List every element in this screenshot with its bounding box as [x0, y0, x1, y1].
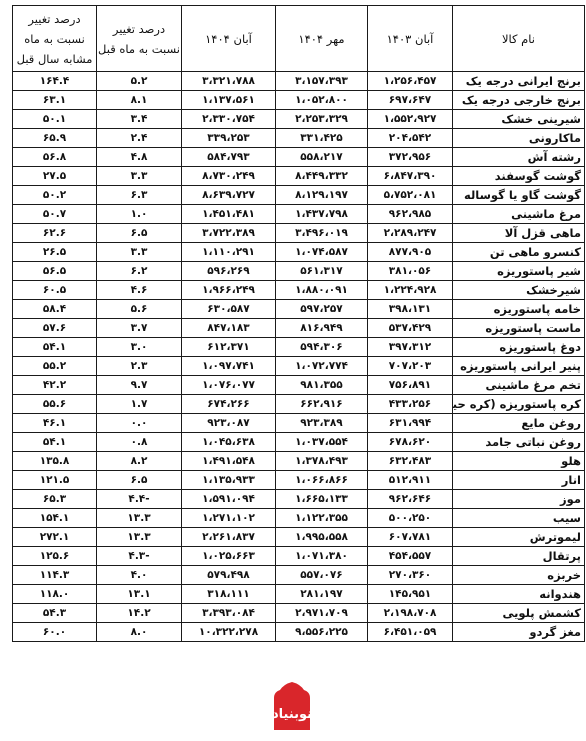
change-prev-month-cell: ۲.۴	[97, 129, 182, 148]
item-name-cell: شیرینی خشک	[453, 110, 585, 129]
price-mehr-1404-cell: ۱،۰۵۲،۸۰۰	[276, 91, 368, 110]
item-name-cell: کشمش پلویی	[453, 604, 585, 623]
price-aban-1403-cell: ۷۵۶،۸۹۱	[368, 376, 453, 395]
price-mehr-1404-cell: ۱،۱۲۲،۳۵۵	[276, 509, 368, 528]
price-aban-1404-cell: ۹۲۳،۰۸۷	[182, 414, 276, 433]
table-row: هندوانه۱۴۵،۹۵۱۲۸۱،۱۹۷۳۱۸،۱۱۱۱۳.۱۱۱۸.۰	[13, 585, 585, 604]
table-row: سیب۵۰۰،۲۵۰۱،۱۲۲،۳۵۵۱،۲۷۱،۱۰۲۱۳.۳۱۵۴.۱	[13, 509, 585, 528]
price-aban-1403-cell: ۱،۵۵۲،۹۲۷	[368, 110, 453, 129]
table-row: انار۵۱۲،۹۱۱۱،۰۶۶،۸۶۶۱،۱۳۵،۹۳۳۶.۵۱۲۱.۵	[13, 471, 585, 490]
change-prev-year-cell: ۲۶.۵	[13, 243, 97, 262]
price-mehr-1404-cell: ۱،۰۷۲،۷۷۴	[276, 357, 368, 376]
table-body: برنج ایرانی درجه یک۱،۲۵۶،۴۵۷۳،۱۵۷،۳۹۳۳،۳…	[13, 72, 585, 642]
price-mehr-1404-cell: ۹۸۱،۳۵۵	[276, 376, 368, 395]
price-aban-1404-cell: ۸،۷۳۰،۲۴۹	[182, 167, 276, 186]
change-prev-month-cell: ۱۳.۳	[97, 509, 182, 528]
change-prev-year-cell: ۴۲.۲	[13, 376, 97, 395]
price-aban-1404-cell: ۳،۷۲۲،۳۸۹	[182, 224, 276, 243]
price-mehr-1404-cell: ۶۶۲،۹۱۶	[276, 395, 368, 414]
price-aban-1403-cell: ۱۴۵،۹۵۱	[368, 585, 453, 604]
change-prev-year-cell: ۵۴.۱	[13, 433, 97, 452]
change-prev-month-cell: ۵.۶	[97, 300, 182, 319]
price-aban-1404-cell: ۶۱۲،۳۷۱	[182, 338, 276, 357]
table-row: شیر پاستوریزه۳۸۱،۰۵۶۵۶۱،۳۱۷۵۹۶،۲۶۹۶.۲۵۶.…	[13, 262, 585, 281]
change-prev-month-cell: ۸.۰	[97, 623, 182, 642]
table-row: شیرخشک۱،۲۲۴،۹۲۸۱،۸۸۰،۰۹۱۱،۹۶۶،۲۴۹۴.۶۶۰.۵	[13, 281, 585, 300]
price-aban-1404-cell: ۱،۴۵۱،۴۸۱	[182, 205, 276, 224]
price-mehr-1404-cell: ۵۵۷،۰۷۶	[276, 566, 368, 585]
table-row: ماکارونی۲۰۴،۵۴۲۳۳۱،۴۲۵۳۳۹،۲۵۳۲.۴۶۵.۹	[13, 129, 585, 148]
price-aban-1403-cell: ۶،۸۴۷،۳۹۰	[368, 167, 453, 186]
change-prev-month-cell: ۴.۰	[97, 566, 182, 585]
price-aban-1404-cell: ۳،۳۹۳،۰۸۴	[182, 604, 276, 623]
change-prev-month-cell: -۴.۳	[97, 547, 182, 566]
price-aban-1403-cell: ۱،۲۵۶،۴۵۷	[368, 72, 453, 91]
table-header-row: نام کالا آبان ۱۴۰۳ مهر ۱۴۰۴ آبان ۱۴۰۴ در…	[13, 6, 585, 72]
price-mehr-1404-cell: ۱،۰۷۱،۳۸۰	[276, 547, 368, 566]
change-prev-year-cell: ۵۷.۶	[13, 319, 97, 338]
item-name-cell: پرتقال	[453, 547, 585, 566]
price-aban-1403-cell: ۳۸۱،۰۵۶	[368, 262, 453, 281]
price-mehr-1404-cell: ۱،۸۸۰،۰۹۱	[276, 281, 368, 300]
price-aban-1403-cell: ۲،۱۹۸،۷۰۸	[368, 604, 453, 623]
price-mehr-1404-cell: ۱،۳۷۸،۴۹۳	[276, 452, 368, 471]
price-mehr-1404-cell: ۵۹۷،۲۵۷	[276, 300, 368, 319]
item-name-cell: هلو	[453, 452, 585, 471]
price-mehr-1404-cell: ۱،۶۶۵،۱۳۳	[276, 490, 368, 509]
price-aban-1404-cell: ۱،۲۷۱،۱۰۲	[182, 509, 276, 528]
table-row: موز۹۶۲،۶۴۶۱،۶۶۵،۱۳۳۱،۵۹۱،۰۹۴-۴.۴۶۵.۳	[13, 490, 585, 509]
header-mehr-1404: مهر ۱۴۰۴	[276, 6, 368, 72]
change-prev-month-cell: ۱.۷	[97, 395, 182, 414]
price-mehr-1404-cell: ۲،۹۷۱،۷۰۹	[276, 604, 368, 623]
item-name-cell: موز	[453, 490, 585, 509]
price-aban-1404-cell: ۲،۲۶۱،۸۳۷	[182, 528, 276, 547]
change-prev-month-cell: ۶.۲	[97, 262, 182, 281]
price-aban-1404-cell: ۱،۴۹۱،۵۴۸	[182, 452, 276, 471]
change-prev-year-cell: ۵۸.۴	[13, 300, 97, 319]
change-prev-year-cell: ۱۲۱.۵	[13, 471, 97, 490]
change-prev-month-cell: ۳.۳	[97, 243, 182, 262]
nobonyad-logo: نوبنیاد	[270, 680, 314, 732]
change-prev-month-cell: ۴.۸	[97, 148, 182, 167]
item-name-cell: لیموترش	[453, 528, 585, 547]
table-row: برنج ایرانی درجه یک۱،۲۵۶،۴۵۷۳،۱۵۷،۳۹۳۳،۳…	[13, 72, 585, 91]
change-prev-month-cell: ۸.۱	[97, 91, 182, 110]
item-name-cell: روغن مایع	[453, 414, 585, 433]
price-aban-1404-cell: ۱،۱۳۵،۹۳۳	[182, 471, 276, 490]
price-aban-1403-cell: ۶۳۲،۴۸۳	[368, 452, 453, 471]
price-aban-1404-cell: ۲،۳۳۰،۷۵۴	[182, 110, 276, 129]
price-aban-1403-cell: ۲۰۴،۵۴۲	[368, 129, 453, 148]
price-aban-1404-cell: ۱،۹۶۶،۲۴۹	[182, 281, 276, 300]
price-aban-1403-cell: ۹۶۲،۹۸۵	[368, 205, 453, 224]
change-prev-month-cell: ۵.۲	[97, 72, 182, 91]
item-name-cell: خامه پاستوریزه	[453, 300, 585, 319]
price-aban-1403-cell: ۴۵۴،۵۵۷	[368, 547, 453, 566]
table-row: پرتقال۴۵۴،۵۵۷۱،۰۷۱،۳۸۰۱،۰۲۵،۶۶۳-۴.۳۱۲۵.۶	[13, 547, 585, 566]
change-prev-year-cell: ۶۰.۵	[13, 281, 97, 300]
price-aban-1403-cell: ۳۹۸،۱۳۱	[368, 300, 453, 319]
price-mehr-1404-cell: ۳۳۱،۴۲۵	[276, 129, 368, 148]
change-prev-year-cell: ۱۵۴.۱	[13, 509, 97, 528]
price-aban-1403-cell: ۶۹۷،۶۴۷	[368, 91, 453, 110]
price-aban-1404-cell: ۸،۶۳۹،۷۲۷	[182, 186, 276, 205]
change-prev-year-cell: ۶۵.۳	[13, 490, 97, 509]
price-aban-1403-cell: ۶۷۸،۶۲۰	[368, 433, 453, 452]
price-aban-1404-cell: ۱،۰۴۵،۶۳۸	[182, 433, 276, 452]
price-aban-1404-cell: ۵۸۴،۷۹۳	[182, 148, 276, 167]
table-row: کره پاستوریزه (کره حیوانی)۴۳۳،۲۵۶۶۶۲،۹۱۶…	[13, 395, 585, 414]
item-name-cell: مرغ ماشینی	[453, 205, 585, 224]
price-aban-1404-cell: ۶۳۰،۵۸۷	[182, 300, 276, 319]
table-row: ماهی قزل آلا۲،۲۸۹،۲۴۷۳،۴۹۶،۰۱۹۳،۷۲۲،۳۸۹۶…	[13, 224, 585, 243]
table-row: گوشت گوسفند۶،۸۴۷،۳۹۰۸،۴۴۹،۳۳۲۸،۷۳۰،۲۴۹۳.…	[13, 167, 585, 186]
logo-icon: نوبنیاد	[270, 680, 314, 732]
change-prev-year-cell: ۱۳۵.۸	[13, 452, 97, 471]
table-row: کنسرو ماهی تن۸۷۷،۹۰۵۱،۰۷۴،۵۸۷۱،۱۱۰،۲۹۱۳.…	[13, 243, 585, 262]
price-mehr-1404-cell: ۲،۲۵۳،۳۲۹	[276, 110, 368, 129]
change-prev-month-cell: ۴.۶	[97, 281, 182, 300]
price-aban-1404-cell: ۳۱۸،۱۱۱	[182, 585, 276, 604]
change-prev-month-cell: ۰.۰	[97, 414, 182, 433]
price-aban-1404-cell: ۳،۳۲۱،۷۸۸	[182, 72, 276, 91]
table-row: خامه پاستوریزه۳۹۸،۱۳۱۵۹۷،۲۵۷۶۳۰،۵۸۷۵.۶۵۸…	[13, 300, 585, 319]
item-name-cell: گوشت گوسفند	[453, 167, 585, 186]
item-name-cell: کره پاستوریزه (کره حیوانی)	[453, 395, 585, 414]
svg-text:نوبنیاد: نوبنیاد	[272, 707, 312, 722]
change-prev-year-cell: ۵۰.۱	[13, 110, 97, 129]
change-prev-month-cell: ۱۳.۱	[97, 585, 182, 604]
change-prev-month-cell: ۳.۴	[97, 110, 182, 129]
price-aban-1403-cell: ۵۱۲،۹۱۱	[368, 471, 453, 490]
price-mehr-1404-cell: ۲۸۱،۱۹۷	[276, 585, 368, 604]
price-mehr-1404-cell: ۳،۴۹۶،۰۱۹	[276, 224, 368, 243]
change-prev-month-cell: ۰.۸	[97, 433, 182, 452]
price-mehr-1404-cell: ۸۱۶،۹۴۹	[276, 319, 368, 338]
table-row: ماست پاستوریزه۵۳۷،۴۲۹۸۱۶،۹۴۹۸۴۷،۱۸۳۳.۷۵۷…	[13, 319, 585, 338]
change-prev-month-cell: ۶.۳	[97, 186, 182, 205]
item-name-cell: برنج خارجی درجه یک	[453, 91, 585, 110]
table-row: کشمش پلویی۲،۱۹۸،۷۰۸۲،۹۷۱،۷۰۹۳،۳۹۳،۰۸۴۱۴.…	[13, 604, 585, 623]
change-prev-month-cell: ۳.۳	[97, 167, 182, 186]
item-name-cell: دوغ پاستوریزه	[453, 338, 585, 357]
price-aban-1403-cell: ۶۳۱،۹۹۴	[368, 414, 453, 433]
table-row: رشته آش۳۷۲،۹۵۶۵۵۸،۲۱۷۵۸۴،۷۹۳۴.۸۵۶.۸	[13, 148, 585, 167]
price-aban-1404-cell: ۱۰،۳۲۲،۲۷۸	[182, 623, 276, 642]
header-change-prev-year: درصد تغییر نسبت به ماه مشابه سال قبل	[13, 6, 97, 72]
price-mehr-1404-cell: ۸،۱۲۹،۱۹۷	[276, 186, 368, 205]
price-aban-1403-cell: ۵۰۰،۲۵۰	[368, 509, 453, 528]
table-row: برنج خارجی درجه یک۶۹۷،۶۴۷۱،۰۵۲،۸۰۰۱،۱۳۷،…	[13, 91, 585, 110]
item-name-cell: خربزه	[453, 566, 585, 585]
change-prev-year-cell: ۵۵.۲	[13, 357, 97, 376]
price-aban-1403-cell: ۹۶۲،۶۴۶	[368, 490, 453, 509]
change-prev-year-cell: ۲۷۲.۱	[13, 528, 97, 547]
table-row: خربزه۲۷۰،۳۶۰۵۵۷،۰۷۶۵۷۹،۴۹۸۴.۰۱۱۴.۳	[13, 566, 585, 585]
item-name-cell: سیب	[453, 509, 585, 528]
item-name-cell: مغز گردو	[453, 623, 585, 642]
change-prev-year-cell: ۴۶.۱	[13, 414, 97, 433]
change-prev-year-cell: ۵۶.۸	[13, 148, 97, 167]
price-table-container: نام کالا آبان ۱۴۰۳ مهر ۱۴۰۴ آبان ۱۴۰۴ در…	[12, 5, 578, 642]
change-prev-month-cell: ۱.۰	[97, 205, 182, 224]
price-aban-1403-cell: ۶،۴۵۱،۰۵۹	[368, 623, 453, 642]
price-mehr-1404-cell: ۹،۵۵۶،۲۲۵	[276, 623, 368, 642]
price-aban-1403-cell: ۲۷۰،۳۶۰	[368, 566, 453, 585]
table-row: روغن مایع۶۳۱،۹۹۴۹۲۳،۳۸۹۹۲۳،۰۸۷۰.۰۴۶.۱	[13, 414, 585, 433]
table-row: مغز گردو۶،۴۵۱،۰۵۹۹،۵۵۶،۲۲۵۱۰،۳۲۲،۲۷۸۸.۰۶…	[13, 623, 585, 642]
price-mehr-1404-cell: ۳،۱۵۷،۳۹۳	[276, 72, 368, 91]
price-aban-1403-cell: ۸۷۷،۹۰۵	[368, 243, 453, 262]
change-prev-month-cell: ۳.۷	[97, 319, 182, 338]
price-aban-1403-cell: ۳۷۲،۹۵۶	[368, 148, 453, 167]
change-prev-year-cell: ۵۶.۵	[13, 262, 97, 281]
header-change-prev-month: درصد تغییر نسبت به ماه قبل	[97, 6, 182, 72]
header-aban-1403: آبان ۱۴۰۳	[368, 6, 453, 72]
price-mehr-1404-cell: ۹۲۳،۳۸۹	[276, 414, 368, 433]
price-aban-1404-cell: ۶۷۴،۲۶۶	[182, 395, 276, 414]
item-name-cell: تخم مرغ ماشینی	[453, 376, 585, 395]
change-prev-month-cell: ۱۴.۲	[97, 604, 182, 623]
change-prev-month-cell: ۲.۳	[97, 357, 182, 376]
change-prev-month-cell: ۱۳.۳	[97, 528, 182, 547]
change-prev-year-cell: ۱۶۴.۴	[13, 72, 97, 91]
price-mehr-1404-cell: ۵۹۴،۳۰۶	[276, 338, 368, 357]
change-prev-year-cell: ۵۵.۶	[13, 395, 97, 414]
table-row: لیموترش۶۰۷،۷۸۱۱،۹۹۵،۵۵۸۲،۲۶۱،۸۳۷۱۳.۳۲۷۲.…	[13, 528, 585, 547]
change-prev-year-cell: ۲۷.۵	[13, 167, 97, 186]
price-aban-1403-cell: ۵۳۷،۴۲۹	[368, 319, 453, 338]
table-row: روغن نباتی جامد۶۷۸،۶۲۰۱،۰۳۷،۵۵۴۱،۰۴۵،۶۳۸…	[13, 433, 585, 452]
price-aban-1404-cell: ۵۹۶،۲۶۹	[182, 262, 276, 281]
change-prev-year-cell: ۶۰.۰	[13, 623, 97, 642]
item-name-cell: ماهی قزل آلا	[453, 224, 585, 243]
header-item-name: نام کالا	[453, 6, 585, 72]
price-aban-1404-cell: ۱،۱۳۷،۵۶۱	[182, 91, 276, 110]
price-mehr-1404-cell: ۸،۴۴۹،۳۳۲	[276, 167, 368, 186]
item-name-cell: کنسرو ماهی تن	[453, 243, 585, 262]
price-mehr-1404-cell: ۱،۰۳۷،۵۵۴	[276, 433, 368, 452]
change-prev-year-cell: ۱۲۵.۶	[13, 547, 97, 566]
change-prev-year-cell: ۵۰.۲	[13, 186, 97, 205]
price-aban-1403-cell: ۶۰۷،۷۸۱	[368, 528, 453, 547]
change-prev-month-cell: ۶.۵	[97, 224, 182, 243]
item-name-cell: شیرخشک	[453, 281, 585, 300]
table-row: پنیر ایرانی پاستوریزه۷۰۷،۲۰۳۱،۰۷۲،۷۷۴۱،۰…	[13, 357, 585, 376]
table-row: دوغ پاستوریزه۳۹۷،۳۱۲۵۹۴،۳۰۶۶۱۲،۳۷۱۳.۰۵۴.…	[13, 338, 585, 357]
change-prev-year-cell: ۵۴.۱	[13, 338, 97, 357]
item-name-cell: هندوانه	[453, 585, 585, 604]
price-aban-1404-cell: ۵۷۹،۴۹۸	[182, 566, 276, 585]
price-aban-1404-cell: ۱،۰۷۶،۰۷۷	[182, 376, 276, 395]
item-name-cell: شیر پاستوریزه	[453, 262, 585, 281]
item-name-cell: انار	[453, 471, 585, 490]
table-row: شیرینی خشک۱،۵۵۲،۹۲۷۲،۲۵۳،۳۲۹۲،۳۳۰،۷۵۴۳.۴…	[13, 110, 585, 129]
change-prev-year-cell: ۶۲.۶	[13, 224, 97, 243]
change-prev-year-cell: ۵۰.۷	[13, 205, 97, 224]
price-aban-1404-cell: ۱،۰۹۷،۷۴۱	[182, 357, 276, 376]
change-prev-year-cell: ۶۳.۱	[13, 91, 97, 110]
price-aban-1403-cell: ۴۳۳،۲۵۶	[368, 395, 453, 414]
change-prev-year-cell: ۶۵.۹	[13, 129, 97, 148]
item-name-cell: ماکارونی	[453, 129, 585, 148]
table-row: تخم مرغ ماشینی۷۵۶،۸۹۱۹۸۱،۳۵۵۱،۰۷۶،۰۷۷۹.۷…	[13, 376, 585, 395]
price-aban-1404-cell: ۱،۵۹۱،۰۹۴	[182, 490, 276, 509]
change-prev-year-cell: ۱۱۸.۰	[13, 585, 97, 604]
change-prev-month-cell: -۴.۴	[97, 490, 182, 509]
price-aban-1403-cell: ۵،۷۵۲،۰۸۱	[368, 186, 453, 205]
change-prev-month-cell: ۹.۷	[97, 376, 182, 395]
change-prev-month-cell: ۸.۲	[97, 452, 182, 471]
price-mehr-1404-cell: ۵۶۱،۳۱۷	[276, 262, 368, 281]
price-aban-1403-cell: ۷۰۷،۲۰۳	[368, 357, 453, 376]
item-name-cell: برنج ایرانی درجه یک	[453, 72, 585, 91]
change-prev-year-cell: ۱۱۴.۳	[13, 566, 97, 585]
item-name-cell: گوشت گاو یا گوساله	[453, 186, 585, 205]
price-mehr-1404-cell: ۱،۴۳۷،۷۹۸	[276, 205, 368, 224]
price-change-table: نام کالا آبان ۱۴۰۳ مهر ۱۴۰۴ آبان ۱۴۰۴ در…	[12, 5, 585, 642]
price-mehr-1404-cell: ۱،۹۹۵،۵۵۸	[276, 528, 368, 547]
price-aban-1404-cell: ۱،۰۲۵،۶۶۳	[182, 547, 276, 566]
item-name-cell: پنیر ایرانی پاستوریزه	[453, 357, 585, 376]
price-mehr-1404-cell: ۱،۰۶۶،۸۶۶	[276, 471, 368, 490]
header-aban-1404: آبان ۱۴۰۴	[182, 6, 276, 72]
change-prev-month-cell: ۳.۰	[97, 338, 182, 357]
item-name-cell: روغن نباتی جامد	[453, 433, 585, 452]
price-aban-1404-cell: ۱،۱۱۰،۲۹۱	[182, 243, 276, 262]
item-name-cell: رشته آش	[453, 148, 585, 167]
price-mehr-1404-cell: ۵۵۸،۲۱۷	[276, 148, 368, 167]
price-aban-1404-cell: ۳۳۹،۲۵۳	[182, 129, 276, 148]
price-mehr-1404-cell: ۱،۰۷۴،۵۸۷	[276, 243, 368, 262]
item-name-cell: ماست پاستوریزه	[453, 319, 585, 338]
change-prev-year-cell: ۵۴.۳	[13, 604, 97, 623]
table-row: هلو۶۳۲،۴۸۳۱،۳۷۸،۴۹۳۱،۴۹۱،۵۴۸۸.۲۱۳۵.۸	[13, 452, 585, 471]
table-row: مرغ ماشینی۹۶۲،۹۸۵۱،۴۳۷،۷۹۸۱،۴۵۱،۴۸۱۱.۰۵۰…	[13, 205, 585, 224]
table-row: گوشت گاو یا گوساله۵،۷۵۲،۰۸۱۸،۱۲۹،۱۹۷۸،۶۳…	[13, 186, 585, 205]
price-aban-1404-cell: ۸۴۷،۱۸۳	[182, 319, 276, 338]
change-prev-month-cell: ۶.۵	[97, 471, 182, 490]
price-aban-1403-cell: ۳۹۷،۳۱۲	[368, 338, 453, 357]
price-aban-1403-cell: ۱،۲۲۴،۹۲۸	[368, 281, 453, 300]
price-aban-1403-cell: ۲،۲۸۹،۲۴۷	[368, 224, 453, 243]
